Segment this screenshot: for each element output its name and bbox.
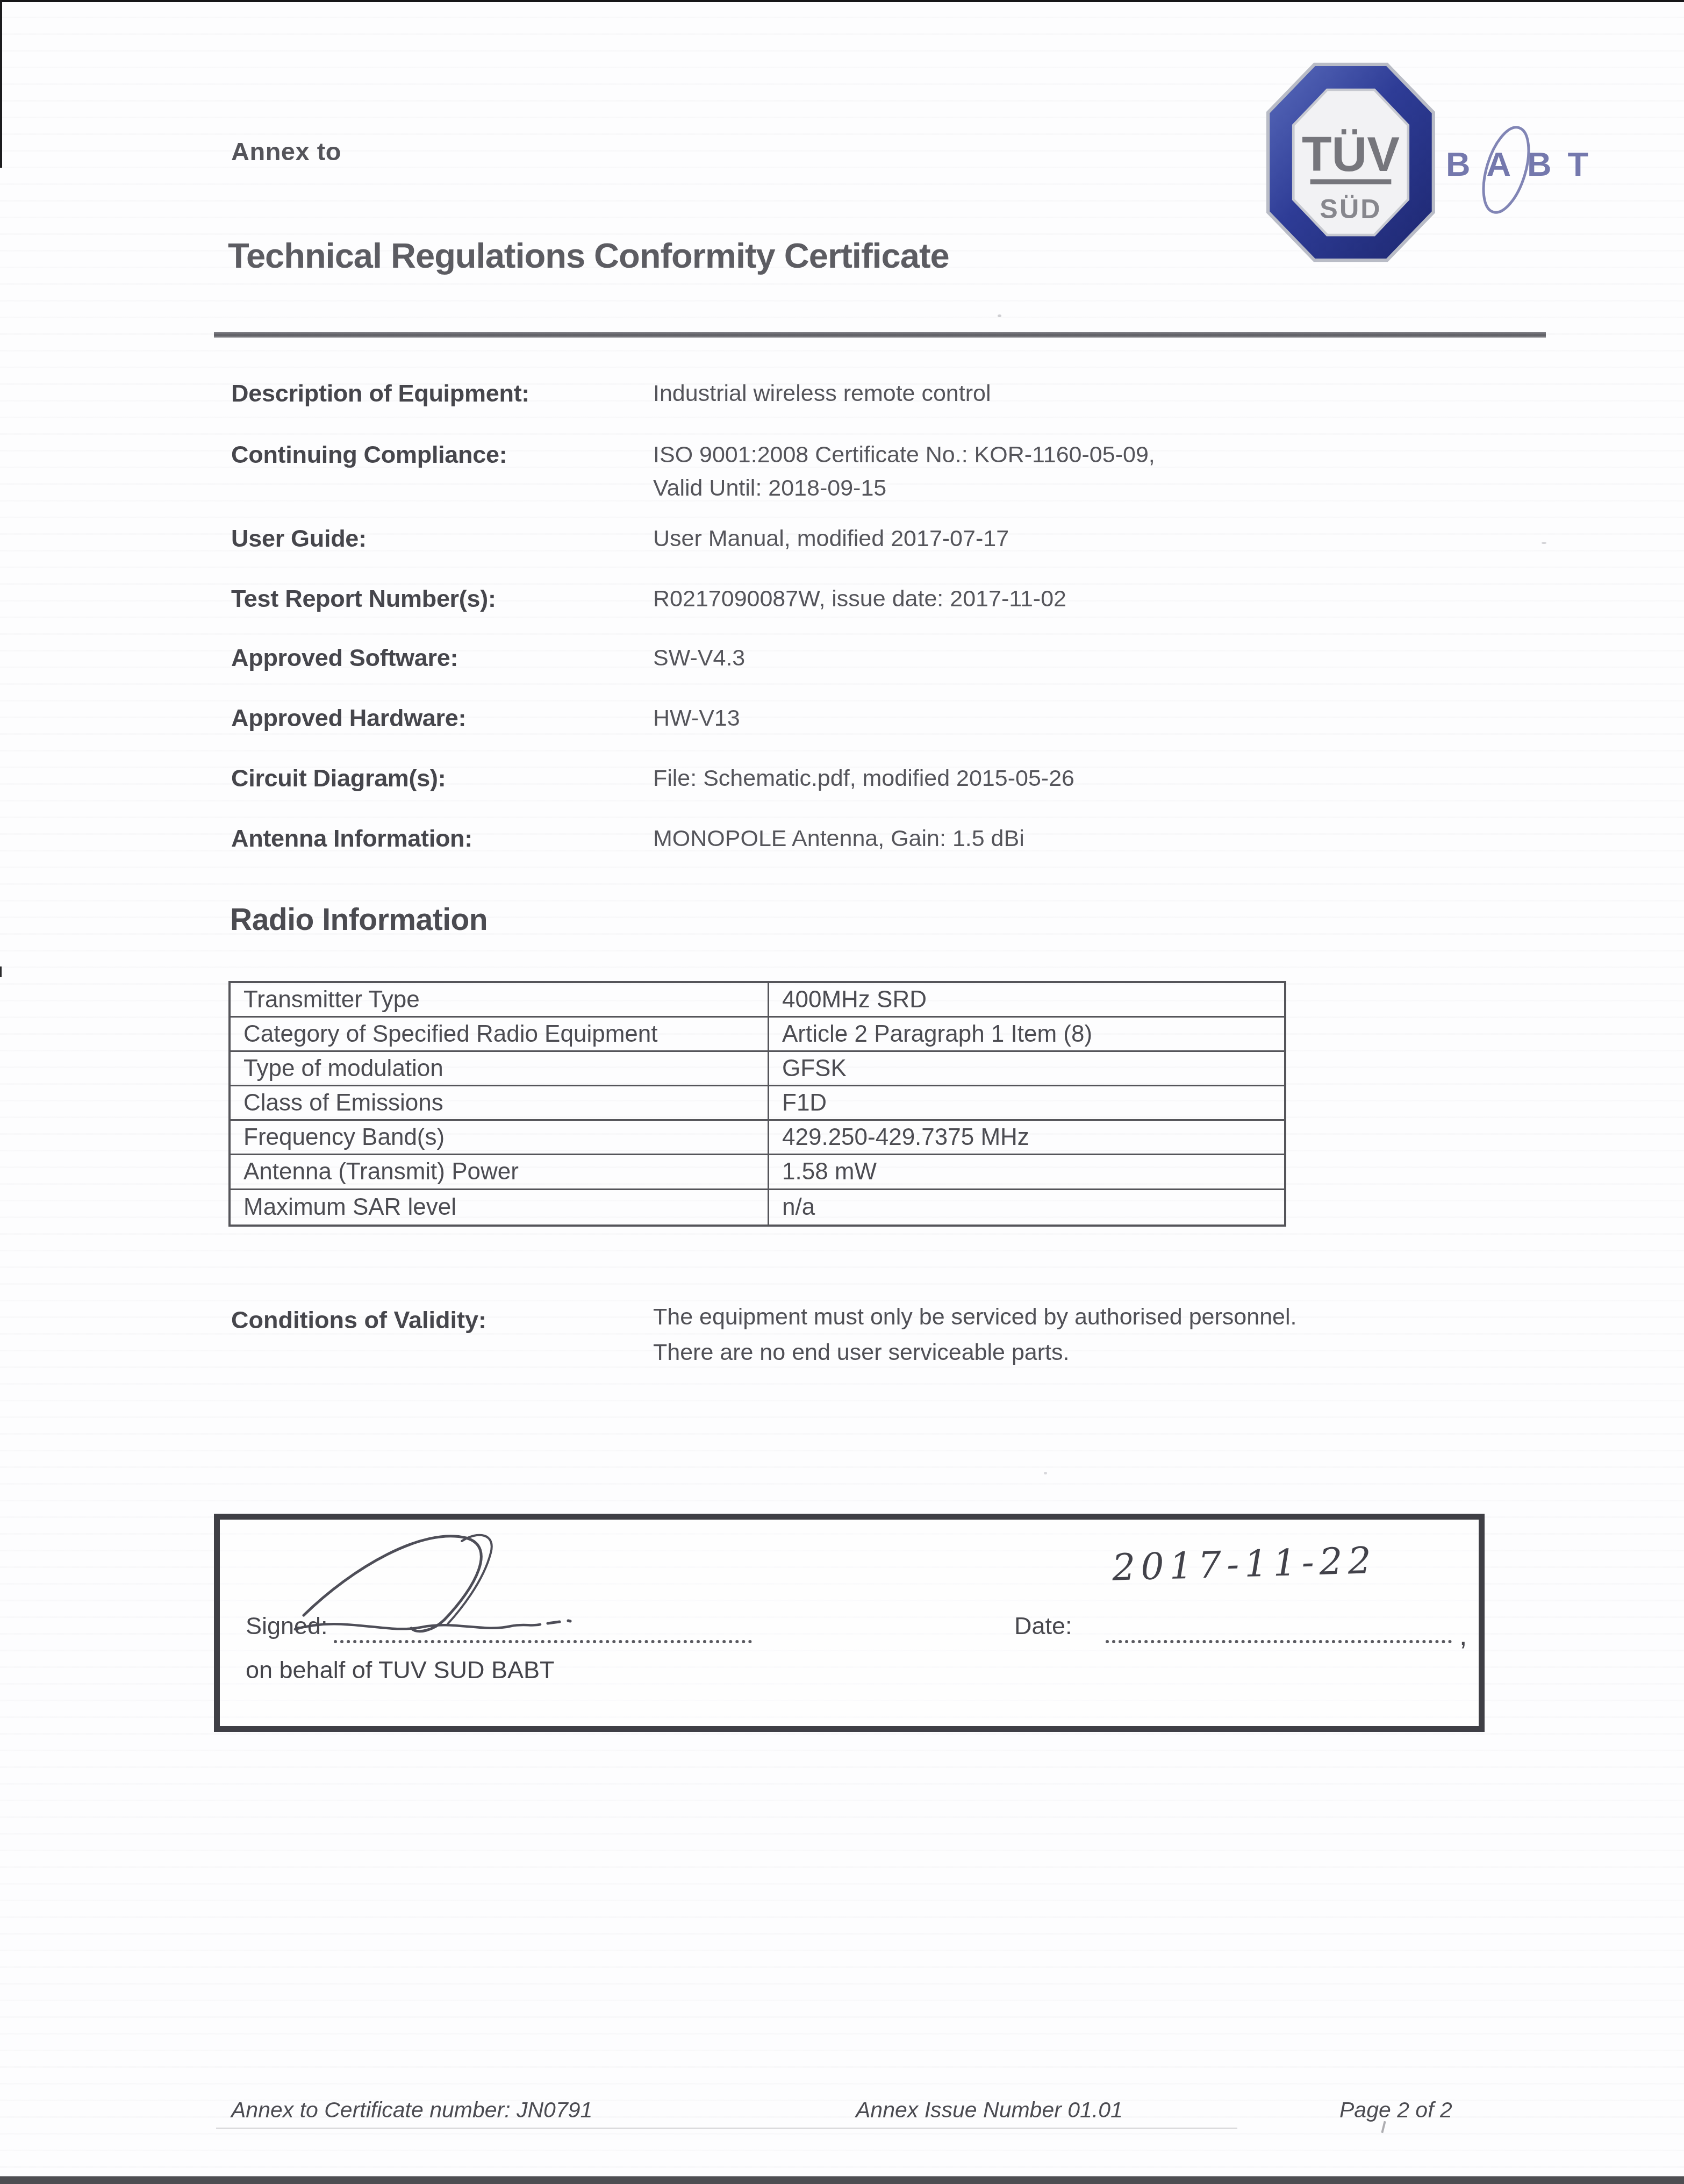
table-cell-label: Maximum SAR level xyxy=(231,1190,769,1225)
page-title: Technical Regulations Conformity Certifi… xyxy=(228,235,949,276)
field-value: User Manual, modified 2017-07-17 xyxy=(653,526,1009,552)
field-value: R0217090087W, issue date: 2017-11-02 xyxy=(653,586,1066,612)
table-cell-value: 429.250-429.7375 MHz xyxy=(769,1121,1284,1155)
table-cell-value: 400MHz SRD xyxy=(769,983,1284,1018)
table-cell-value: F1D xyxy=(769,1086,1284,1121)
field-value: File: Schematic.pdf, modified 2015-05-26 xyxy=(653,765,1074,792)
field-label: Description of Equipment: xyxy=(231,379,529,407)
radio-information-heading: Radio Information xyxy=(230,902,488,937)
sud-text: SÜD xyxy=(1320,194,1381,224)
date-label: Date: xyxy=(1014,1612,1072,1640)
date-dotted-line xyxy=(1106,1622,1452,1643)
behalf-text: on behalf of TUV SUD BABT xyxy=(246,1656,554,1684)
babt-ellipse-icon xyxy=(1474,123,1538,217)
conditions-label: Conditions of Validity: xyxy=(231,1306,486,1334)
tuv-text: TÜV xyxy=(1302,127,1400,182)
left-edge-tick xyxy=(0,966,2,977)
radio-information-table: Transmitter Type 400MHz SRD Category of … xyxy=(228,981,1286,1227)
scan-speck xyxy=(998,314,1001,317)
table-cell-label: Category of Specified Radio Equipment xyxy=(231,1018,769,1052)
field-label: Approved Software: xyxy=(231,644,458,672)
field-label: Approved Hardware: xyxy=(231,704,466,732)
field-value: Valid Until: 2018-09-15 xyxy=(653,475,886,502)
table-cell-value: GFSK xyxy=(769,1052,1284,1086)
field-label: Test Report Number(s): xyxy=(231,585,496,613)
table-cell-label: Type of modulation xyxy=(231,1052,769,1086)
field-label: Circuit Diagram(s): xyxy=(231,764,446,792)
footer-issue-number: Annex Issue Number 01.01 xyxy=(856,2097,1123,2123)
field-value: ISO 9001:2008 Certificate No.: KOR-1160-… xyxy=(653,442,1155,468)
field-label: Continuing Compliance: xyxy=(231,441,507,469)
table-cell-label: Transmitter Type xyxy=(231,983,769,1018)
title-rule xyxy=(214,332,1546,338)
signed-dotted-line xyxy=(334,1622,752,1643)
table-cell-label: Antenna (Transmit) Power xyxy=(231,1155,769,1190)
table-cell-label: Class of Emissions xyxy=(231,1086,769,1121)
scan-artifact-mark xyxy=(1381,2121,1386,2133)
table-cell-label: Frequency Band(s) xyxy=(231,1121,769,1155)
table-cell-value: Article 2 Paragraph 1 Item (8) xyxy=(769,1018,1284,1052)
field-label: User Guide: xyxy=(231,525,367,553)
scan-speck xyxy=(1542,542,1546,544)
annex-label: Annex to xyxy=(231,137,341,166)
handwritten-date: 2017-11-22 xyxy=(1112,1539,1377,1589)
footer-page-number: Page 2 of 2 xyxy=(1339,2097,1452,2123)
table-cell-value: 1.58 mW xyxy=(769,1155,1284,1190)
table-cell-value: n/a xyxy=(769,1190,1284,1225)
field-value: MONOPOLE Antenna, Gain: 1.5 dBi xyxy=(653,826,1024,852)
scan-artifact-line xyxy=(216,2128,1237,2129)
top-edge-line xyxy=(0,0,1684,2)
certificate-page: Annex to TÜV SÜD BABT Technical Regulati… xyxy=(0,0,1684,2184)
field-value: SW-V4.3 xyxy=(653,645,745,671)
footer-certificate-number: Annex to Certificate number: JN0791 xyxy=(231,2097,592,2123)
tuv-sud-octagon-icon: TÜV SÜD xyxy=(1266,62,1435,262)
signed-label: Signed: xyxy=(246,1612,328,1640)
signature-box: Signed: 2017-11-22 Date: , on behalf of … xyxy=(214,1514,1485,1732)
field-value: HW-V13 xyxy=(653,705,740,732)
bottom-scan-bar xyxy=(0,2176,1684,2184)
field-label: Antenna Information: xyxy=(231,825,472,853)
left-edge-line xyxy=(0,0,2,168)
conditions-text-line1: The equipment must only be serviced by a… xyxy=(653,1304,1297,1330)
date-comma: , xyxy=(1459,1620,1467,1652)
field-value: Industrial wireless remote control xyxy=(653,381,991,407)
conditions-text-line2: There are no end user serviceable parts. xyxy=(653,1340,1069,1366)
scan-speck xyxy=(1044,1472,1047,1474)
